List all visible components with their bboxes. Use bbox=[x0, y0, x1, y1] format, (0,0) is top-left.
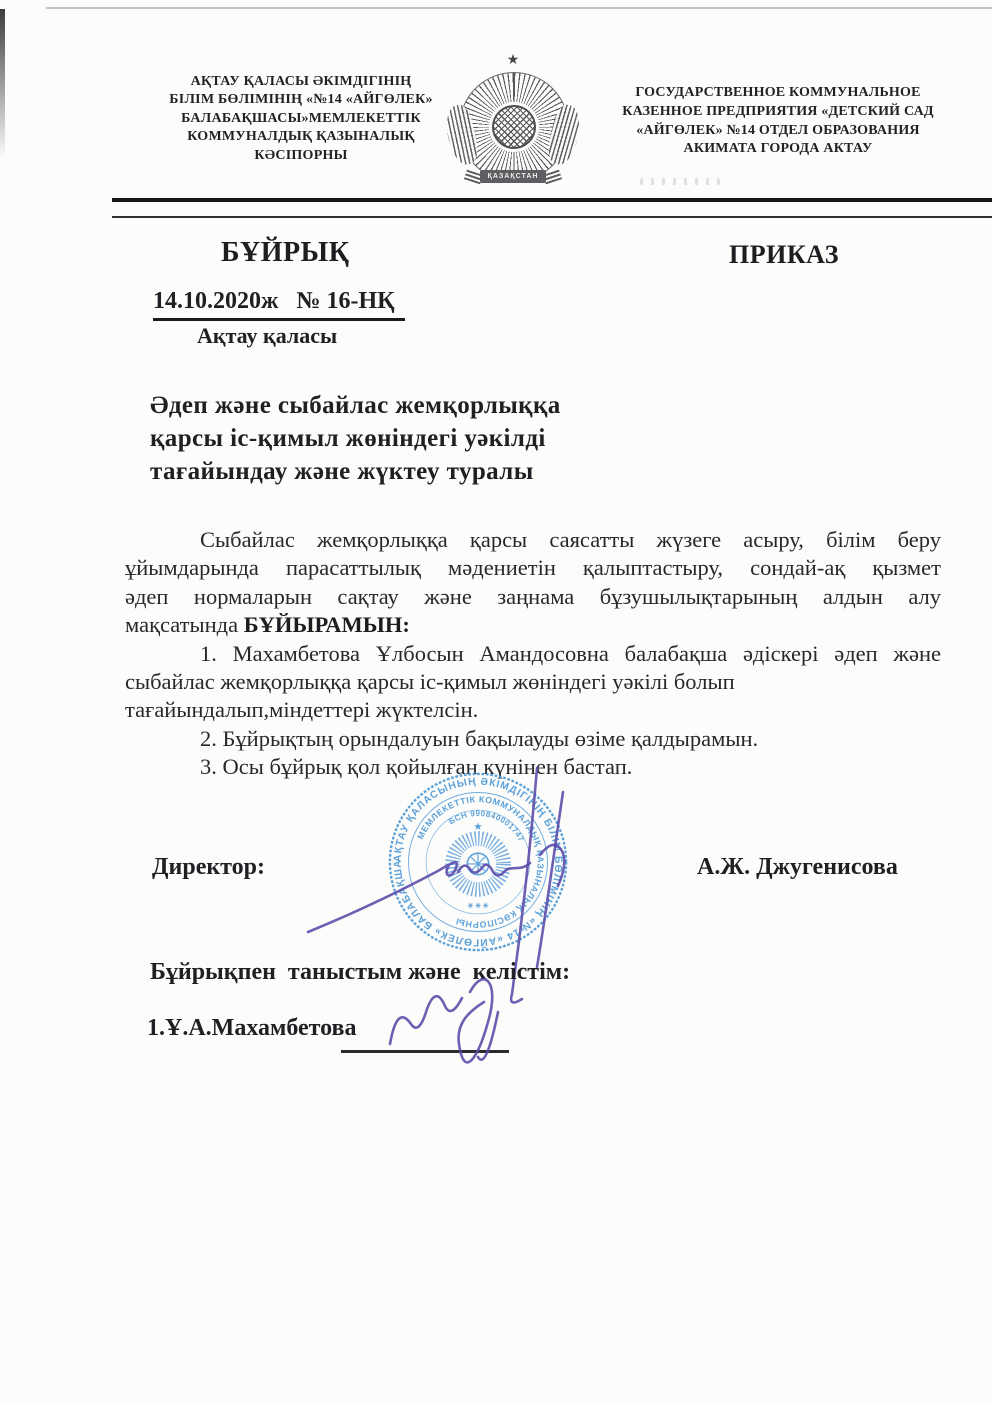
org-name-russian: ГОСУДАРСТВЕННОЕ КОММУНАЛЬНОЕ КАЗЕННОЕ ПР… bbox=[618, 84, 938, 159]
signature-stroke bbox=[308, 862, 457, 932]
body-line: ұйымдарында парасаттылық мәдениетін қалы… bbox=[125, 554, 941, 582]
body-line: әдеп нормаларын сақтау және заңнама бұзу… bbox=[125, 583, 941, 611]
body-line-resolution: мақсатында БҰЙЫРАМЫН: bbox=[125, 611, 941, 639]
order-item-2: 2. Бұйрықтың орындалуын бақылауды өзіме … bbox=[125, 725, 941, 753]
star-icon: ★ bbox=[443, 54, 583, 68]
resolution-word: БҰЙЫРАМЫН: bbox=[244, 612, 410, 637]
org-name-kazakh-line: БАЛАБАҚШАСЫ»МЕМЛЕКЕТТІК bbox=[140, 110, 462, 128]
org-name-kazakh-line: КОММУНАЛДЫҚ ҚАЗЫНАЛЫҚ bbox=[140, 128, 462, 146]
signature-stroke bbox=[458, 863, 530, 875]
body-line: Сыбайлас жемқорлыққа қарсы саясатты жүзе… bbox=[125, 526, 941, 554]
order-title-russian: ПРИКАЗ bbox=[729, 240, 839, 270]
order-subject: Әдеп және сыбайлас жемқорлыққа қарсы іс-… bbox=[150, 389, 561, 488]
org-name-russian-line: АКИМАТА ГОРОДА АКТАУ bbox=[618, 140, 938, 159]
order-subject-line: тағайындау және жүктеу туралы bbox=[150, 455, 561, 488]
order-item-1-line: тағайындалып,міндеттері жүктелсін. bbox=[125, 696, 941, 724]
divider-line-thick bbox=[112, 198, 992, 202]
order-subject-line: қарсы іс-қимыл жөніндегі уәкілді bbox=[150, 422, 561, 455]
order-body: Сыбайлас жемқорлыққа қарсы саясатты жүзе… bbox=[125, 526, 941, 782]
scan-edge-artifact-left bbox=[0, 9, 5, 159]
org-name-kazakh-line: АҚТАУ ҚАЛАСЫ ӘКІМДІГІНІҢ bbox=[140, 73, 462, 91]
director-label: Директор: bbox=[152, 854, 265, 881]
order-title-kazakh: БҰЙРЫҚ bbox=[221, 237, 349, 269]
divider-line-thin bbox=[112, 216, 992, 218]
resolution-prefix: мақсатында bbox=[125, 612, 244, 637]
kazakhstan-emblem: ★ ҚАЗАҚСТАН bbox=[443, 53, 583, 193]
emblem-banner: ҚАЗАҚСТАН bbox=[480, 170, 546, 183]
acknowledgement-signature bbox=[378, 962, 528, 1087]
org-name-kazakh-line: БІЛІМ БӨЛІМІНІҢ «№14 «АЙГӨЛЕК» bbox=[140, 91, 462, 109]
signature-stroke bbox=[390, 996, 462, 1044]
scan-smudge bbox=[640, 178, 720, 185]
order-item-1-line: 1. Махамбетова Ұлбосын Амандосовна балаб… bbox=[125, 640, 941, 668]
order-item-1-line: сыбайлас жемқорлыққа қарсы іс-қимыл жөні… bbox=[125, 668, 941, 696]
order-date-number: 14.10.2020ж № 16-НҚ bbox=[153, 288, 405, 321]
scanned-order-document: АҚТАУ ҚАЛАСЫ ӘКІМДІГІНІҢ БІЛІМ БӨЛІМІНІҢ… bbox=[0, 0, 992, 1404]
org-name-kazakh: АҚТАУ ҚАЛАСЫ ӘКІМДІГІНІҢ БІЛІМ БӨЛІМІНІҢ… bbox=[140, 73, 462, 165]
acknowledgement-person: 1.Ұ.А.Махамбетова bbox=[147, 1015, 357, 1042]
emblem-shanyrak bbox=[492, 105, 536, 149]
director-name: А.Ж. Джугенисова bbox=[697, 854, 898, 881]
order-subject-line: Әдеп және сыбайлас жемқорлыққа bbox=[150, 389, 561, 422]
org-name-kazakh-line: КӘСІПОРНЫ bbox=[140, 147, 462, 165]
org-name-russian-line: «АЙГӨЛЕК» №14 ОТДЕЛ ОБРАЗОВАНИЯ bbox=[618, 122, 938, 141]
scan-edge-artifact-top bbox=[46, 7, 992, 9]
order-city: Ақтау қаласы bbox=[197, 323, 337, 349]
org-name-russian-line: ГОСУДАРСТВЕННОЕ КОММУНАЛЬНОЕ bbox=[618, 84, 938, 103]
org-name-russian-line: КАЗЕННОЕ ПРЕДПРИЯТИЯ «ДЕТСКИЙ САД bbox=[618, 103, 938, 122]
signature-stroke bbox=[537, 792, 563, 967]
